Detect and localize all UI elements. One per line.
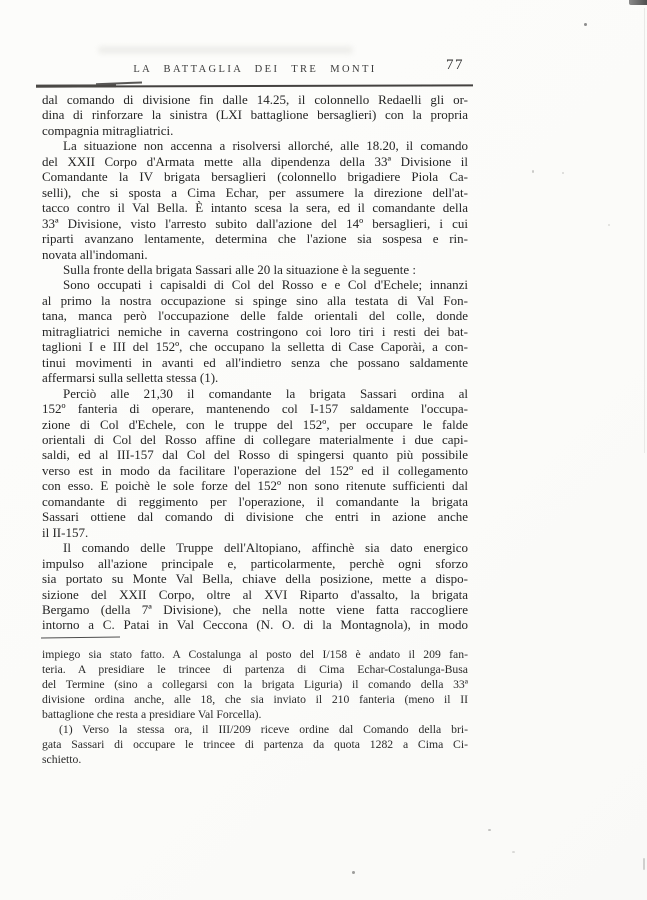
scan-page-edge — [644, 8, 645, 453]
scan-speck — [562, 172, 564, 174]
text-line: selli), che si sposta a Cima Echar, per … — [42, 185, 468, 200]
running-header: LA BATTAGLIA DEI TRE MONTI 77 — [42, 59, 468, 75]
text-line: 152º fanteria di operare, mantenendo col… — [42, 401, 468, 416]
text-line: tinui movimenti in avanti ed all'indietr… — [42, 355, 468, 370]
footnotes: impiego sia stato fatto. A Costalunga al… — [42, 647, 468, 767]
running-header-title: LA BATTAGLIA DEI TRE MONTI — [133, 64, 376, 75]
text-line: affermarsi sulla selletta stessa (1). — [42, 370, 468, 385]
paragraph: dal comando di divisione fin dalle 14.25… — [42, 92, 468, 138]
text-line: il II-157. — [42, 525, 468, 540]
text-line: 33ª Divisione, visto l'arresto subito da… — [42, 216, 468, 231]
text-line: con esso. E poichè le sole forze del 152… — [42, 478, 468, 493]
text-line: saldi, ed al III-157 dal Col del Rosso d… — [42, 447, 468, 462]
text-line: impiego sia stato fatto. A Costalunga al… — [42, 647, 468, 662]
text-line: La situazione non accenna a risolversi a… — [42, 138, 468, 153]
header-rule-thick-segment — [36, 85, 116, 88]
text-line: zione di Col d'Echele, con le truppe del… — [42, 417, 468, 432]
text-line: del XXII Corpo d'Armata mette alla dipen… — [42, 154, 468, 169]
text-line: battaglione che resta a presidiare Val F… — [42, 707, 468, 722]
text-line: dal comando di divisione fin dalle 14.25… — [42, 92, 468, 107]
text-line: tacco contro il Val Bella. È intanto sce… — [42, 200, 468, 215]
text-line: riparti avanzano lentamente, determina c… — [42, 231, 468, 246]
text-line: Il comando delle Truppe dell'Altopiano, … — [42, 540, 468, 555]
scan-speck — [643, 858, 645, 870]
paragraph: Il comando delle Truppe dell'Altopiano, … — [42, 540, 468, 633]
text-line: Comandante la IV brigata bersaglieri (co… — [42, 169, 468, 184]
paragraph: Perciò alle 21,30 il comandante la briga… — [42, 386, 468, 541]
paragraph: La situazione non accenna a risolversi a… — [42, 138, 468, 262]
header-rule — [36, 84, 473, 87]
footnote-separator — [41, 636, 120, 638]
paragraph: Sono occupati i capisaldi di Col del Ros… — [42, 277, 468, 385]
text-line: intorno a C. Patai in Val Ceccona (N. O.… — [42, 617, 468, 632]
book-page-scan: LA BATTAGLIA DEI TRE MONTI 77 dal comand… — [0, 0, 647, 900]
text-line: Bergamo (della 7ª Divisione), che nella … — [42, 602, 468, 617]
text-line: comandante di reggimento per l'operazion… — [42, 494, 468, 509]
text-line: Perciò alle 21,30 il comandante la briga… — [42, 386, 468, 401]
text-line: novata all'indomani. — [42, 247, 468, 262]
scan-speck — [532, 170, 534, 173]
text-line: Sono occupati i capisaldi di Col del Ros… — [42, 277, 468, 292]
text-line: taglioni I e III del 152º, che occupano … — [42, 339, 468, 354]
text-line: al primo la nostra occupazione si spinge… — [42, 293, 468, 308]
text-line: divisione ordina anche, alle 18, che sia… — [42, 692, 468, 707]
scan-speck — [512, 851, 515, 853]
text-line: gata Sassari di occupare le trincee di p… — [42, 737, 468, 752]
text-line: Sassari ottiene dal comando di divisione… — [42, 509, 468, 524]
text-line: sizione del XXII Corpo, oltre al XVI Rip… — [42, 587, 468, 602]
text-block: LA BATTAGLIA DEI TRE MONTI 77 dal comand… — [42, 0, 468, 900]
scan-speck — [488, 829, 491, 831]
paragraph: Sulla fronte della brigata Sassari alle … — [42, 262, 468, 277]
text-line: del Termine (sino a collegarsi con la br… — [42, 677, 468, 692]
text-line: dina di rinforzare la sinistra (LXI batt… — [42, 107, 468, 122]
body-text: dal comando di divisione fin dalle 14.25… — [42, 92, 468, 633]
scan-speck — [608, 224, 610, 226]
text-line: compagnia mitragliatrici. — [42, 123, 468, 138]
text-line: sia portato su Monte Val Bella, chiave d… — [42, 571, 468, 586]
text-line: tana, manca però l'occupazione delle fal… — [42, 308, 468, 323]
text-line: verso est in modo da facilitare l'operaz… — [42, 463, 468, 478]
text-line: teria. A presidiare le trincee di parten… — [42, 662, 468, 677]
page-number: 77 — [446, 57, 464, 74]
text-line: Sulla fronte della brigata Sassari alle … — [42, 262, 468, 277]
text-line: impulso all'azione principale e, partico… — [42, 556, 468, 571]
paragraph: (1) Verso la stessa ora, il III/209 rice… — [42, 722, 468, 767]
text-line: (1) Verso la stessa ora, il III/209 rice… — [42, 722, 468, 737]
paragraph: impiego sia stato fatto. A Costalunga al… — [42, 647, 468, 722]
text-line: orientali di Col del Rosso affine di col… — [42, 432, 468, 447]
text-line: mitragliatrici nemiche in caverna costri… — [42, 324, 468, 339]
header-rule-dash-mark — [96, 81, 142, 85]
scan-corner-mark — [629, 0, 647, 5]
text-line: schietto. — [42, 752, 468, 767]
scan-speck — [584, 23, 587, 26]
